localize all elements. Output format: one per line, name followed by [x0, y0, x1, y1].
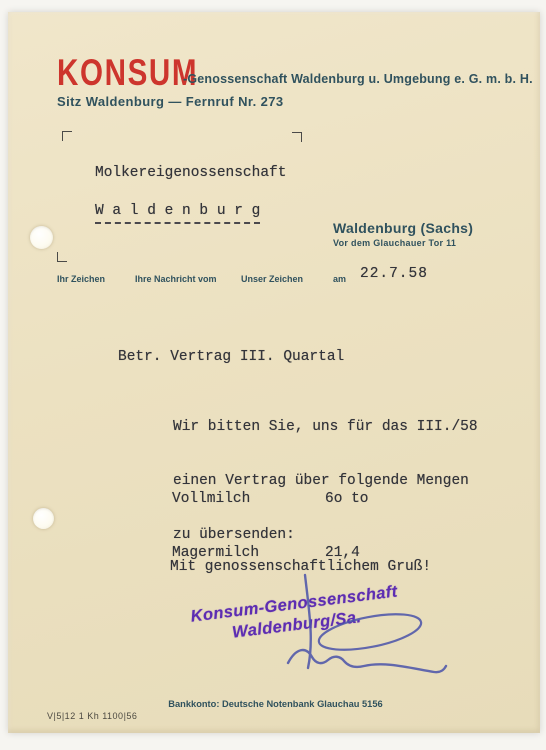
- label-am: am: [333, 274, 346, 284]
- sender-street: Vor dem Glauchauer Tor 11: [333, 238, 473, 248]
- print-code: V|5|12 1 Kh 1100|56: [47, 711, 137, 721]
- brand-suffix: -Genossenschaft Waldenburg u. Umgebung e…: [183, 72, 533, 86]
- bank-account-line: Bankkonto: Deutsche Notenbank Glauchau 5…: [168, 699, 383, 709]
- label-ihre-nachricht-vom: Ihre Nachricht vom: [135, 274, 217, 284]
- punch-hole: [30, 226, 53, 249]
- recipient-city: W a l d e n b u r g: [95, 202, 260, 224]
- letter-page: KONSUM -Genossenschaft Waldenburg u. Umg…: [8, 12, 540, 733]
- sender-address-block: Waldenburg (Sachs) Vor dem Glauchauer To…: [333, 220, 473, 248]
- closing-line: Mit genossenschaftlichem Gruß!: [170, 558, 431, 576]
- item-qty: 6o to: [325, 490, 369, 508]
- typed-date: 22.7.58: [360, 265, 428, 283]
- fold-mark-top-right: [292, 132, 302, 142]
- punch-hole: [33, 508, 54, 529]
- list-item: Vollmilch 6o to: [172, 490, 369, 508]
- fold-mark-top-left: [62, 131, 72, 141]
- recipient-name: Molkereigenossenschaft: [95, 164, 286, 182]
- letterhead-contact-line: Sitz Waldenburg — Fernruf Nr. 273: [57, 94, 284, 109]
- item-name: Vollmilch: [172, 490, 325, 508]
- brand-logo: KONSUM: [57, 52, 198, 94]
- fold-mark-bottom-left: [57, 252, 67, 262]
- body-line: Wir bitten Sie, uns für das III./58: [173, 418, 478, 436]
- label-ihr-zeichen: Ihr Zeichen: [57, 274, 105, 284]
- sender-city: Waldenburg (Sachs): [333, 220, 473, 236]
- quantity-list: Vollmilch 6o to Magermilch 21,4: [172, 454, 369, 598]
- label-unser-zeichen: Unser Zeichen: [241, 274, 303, 284]
- subject-line: Betr. Vertrag III. Quartal: [118, 348, 344, 366]
